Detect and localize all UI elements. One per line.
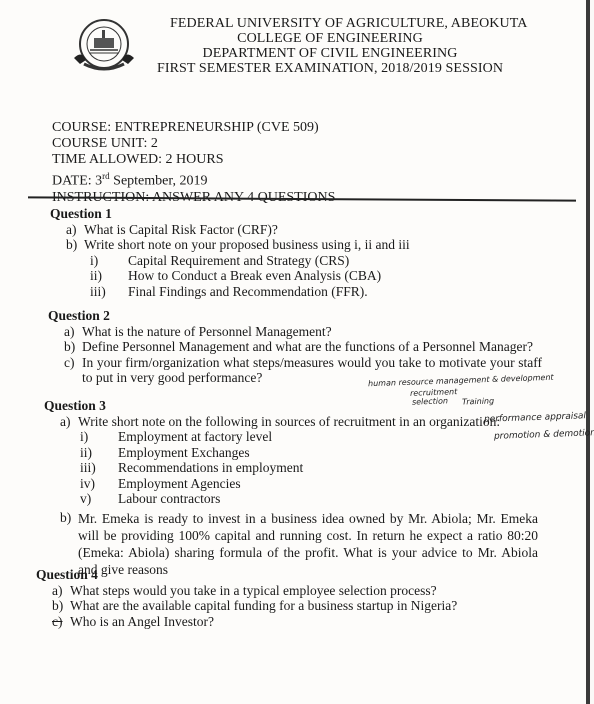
question-title: Question 2 bbox=[48, 308, 548, 324]
question-item: c)Who is an Angel Investor? bbox=[52, 614, 536, 630]
exam-title: FIRST SEMESTER EXAMINATION, 2018/2019 SE… bbox=[50, 61, 570, 76]
question-item: a)What steps would you take in a typical… bbox=[52, 583, 536, 599]
sub-item: ii)How to Conduct a Break even Analysis … bbox=[90, 268, 550, 284]
department-name: DEPARTMENT OF CIVIL ENGINEERING bbox=[50, 46, 570, 61]
university-name: FEDERAL UNIVERSITY OF AGRICULTURE, ABEOK… bbox=[50, 16, 570, 31]
time-allowed: TIME ALLOWED: 2 HOURS bbox=[52, 152, 335, 168]
sub-item: iii)Final Findings and Recommendation (F… bbox=[90, 284, 550, 300]
sub-item: iii)Recommendations in employment bbox=[80, 460, 554, 476]
question-item: b)Define Personnel Management and what a… bbox=[64, 339, 548, 355]
sub-item: i)Employment at factory level bbox=[80, 429, 554, 445]
question-2: Question 2 a)What is the nature of Perso… bbox=[48, 308, 548, 386]
sub-item: v)Labour contractors bbox=[80, 491, 554, 507]
question-item: b)Write short note on your proposed busi… bbox=[66, 237, 550, 253]
college-name: COLLEGE OF ENGINEERING bbox=[50, 31, 570, 46]
sub-item: iv)Employment Agencies bbox=[80, 476, 554, 492]
exam-header: FEDERAL UNIVERSITY OF AGRICULTURE, ABEOK… bbox=[50, 8, 570, 108]
exam-date: DATE: 3rd September, 2019 bbox=[52, 168, 335, 190]
question-title: Question 1 bbox=[50, 206, 550, 222]
question-item: b)What are the available capital funding… bbox=[52, 598, 536, 614]
sub-item: ii)Employment Exchanges bbox=[80, 445, 554, 461]
course-info: COURSE: ENTREPRENEURSHIP (CVE 509) COURS… bbox=[52, 120, 335, 206]
question-item: a)What is the nature of Personnel Manage… bbox=[64, 324, 548, 340]
question-title: Question 4 bbox=[36, 567, 536, 583]
sub-item: i)Capital Requirement and Strategy (CRS) bbox=[90, 253, 550, 269]
course-unit: COURSE UNIT: 2 bbox=[52, 136, 335, 152]
page-edge bbox=[586, 0, 590, 704]
question-4: Question 4 a)What steps would you take i… bbox=[36, 567, 536, 629]
question-item: a)What is Capital Risk Factor (CRF)? bbox=[66, 222, 550, 238]
question-item: a)Write short note on the following in s… bbox=[60, 414, 554, 430]
course-name: COURSE: ENTREPRENEURSHIP (CVE 509) bbox=[52, 120, 335, 136]
question-1: Question 1 a)What is Capital Risk Factor… bbox=[50, 206, 550, 299]
question-title: Question 3 bbox=[44, 398, 554, 414]
question-3: Question 3 a)Write short note on the fol… bbox=[44, 398, 554, 578]
exam-paper: FEDERAL UNIVERSITY OF AGRICULTURE, ABEOK… bbox=[0, 0, 590, 704]
